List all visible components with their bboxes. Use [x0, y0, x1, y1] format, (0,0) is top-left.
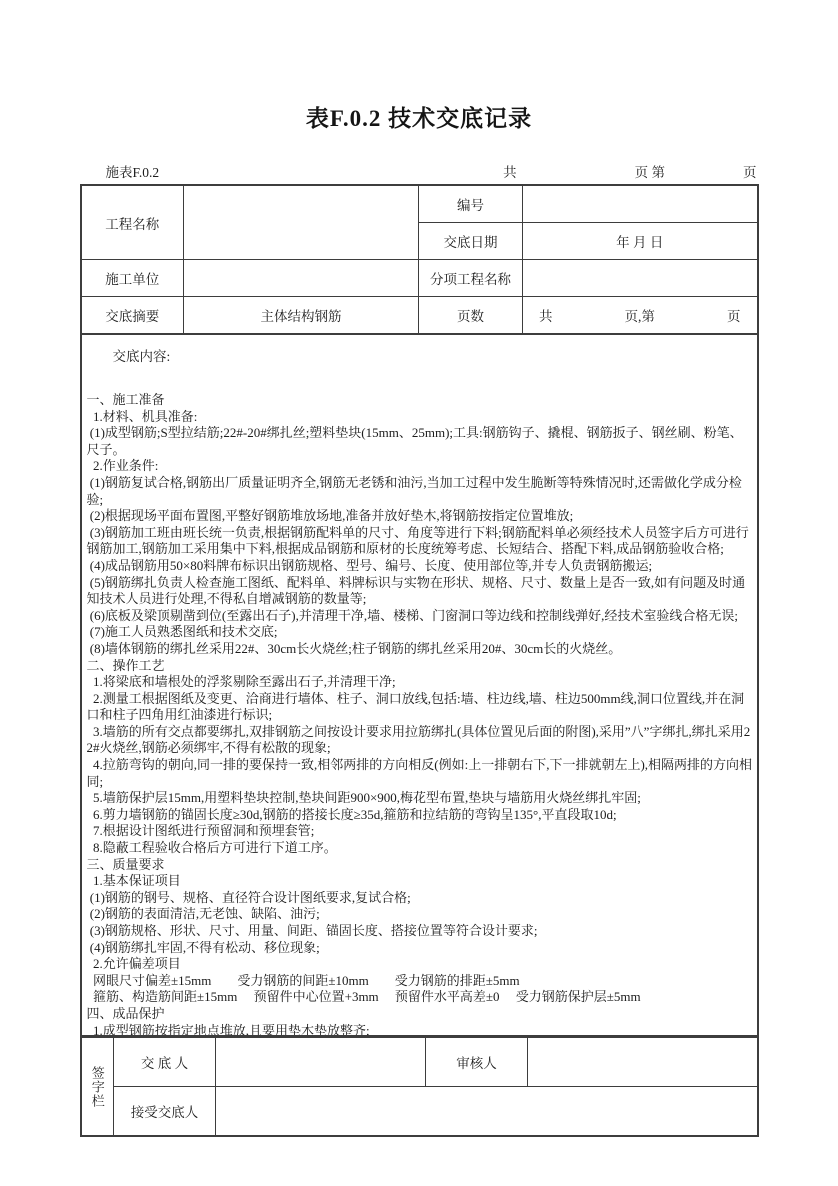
pre-pages-line: 共 页 第 页 [159, 161, 758, 181]
content-line: 8.隐蔽工程验收合格后方可进行下道工序。 [87, 840, 753, 857]
form-code: 施表F.0.2 [80, 161, 160, 181]
signature-bar-cell: 签字栏 [81, 1038, 114, 1137]
content-line: 3.墙筋的所有交点都要绑扎,双排钢筋之间按设计要求用拉筋绑扎(具体位置见后面的附… [87, 724, 753, 757]
number-label: 编号 [419, 185, 523, 223]
receiver-field [216, 1087, 758, 1137]
pages-label: 页数 [419, 297, 523, 335]
receiver-label: 接受交底人 [114, 1087, 216, 1137]
header-info-table: 工程名称 编号 交底日期 年 月 日 施工单位 分项工程名称 交底摘要 主体结构… [80, 184, 759, 335]
signature-bar-label: 签字栏 [91, 1066, 104, 1108]
summary-value: 主体结构钢筋 [184, 297, 419, 335]
content-line: (8)墙体钢筋的绑扎丝采用22#、30cm长火烧丝;柱子钢筋的绑扎丝采用20#、… [87, 641, 753, 658]
pages-value-cell: 共 页,第 页 [523, 297, 758, 335]
content-line: 一、施工准备 [87, 392, 753, 409]
content-line: 1.成型钢筋按指定地点堆放,且要用垫木垫放整齐; [87, 1023, 753, 1037]
table-row: 接受交底人 [81, 1087, 758, 1137]
content-line: (3)钢筋规格、形状、尺寸、用量、间距、锚固长度、搭接位置等符合设计要求; [87, 923, 753, 940]
project-name-label: 工程名称 [81, 185, 184, 260]
content-line: 5.墙筋保护层15mm,用塑料垫块控制,垫块间距900×900,梅花型布置,垫块… [87, 790, 753, 807]
content-line: 1.将梁底和墙根处的浮浆剔除至露出石子,并清理干净; [87, 674, 753, 691]
content-line: (2)根据现场平面布置图,平整好钢筋堆放场地,准备并放好垫木,将钢筋按指定位置堆… [87, 508, 753, 525]
discloser-field [216, 1038, 426, 1087]
reviewer-field [528, 1038, 758, 1087]
date-field: 年 月 日 [523, 223, 758, 260]
content-label: 交底内容: [87, 345, 753, 365]
content-line: (5)钢筋绑扎负责人检查施工图纸、配料单、料牌标识与实物在形状、规格、尺寸、数量… [87, 575, 753, 608]
pages-total-label: 共 [539, 305, 553, 325]
number-field [523, 185, 758, 223]
content-line: 四、成品保护 [87, 1006, 753, 1023]
signature-table: 签字栏 交 底 人 审核人 接受交底人 [80, 1037, 759, 1137]
content-line: (2)钢筋的表面清洁,无老蚀、缺陷、油污; [87, 906, 753, 923]
summary-label: 交底摘要 [81, 297, 184, 335]
content-body: 一、施工准备 1.材料、机具准备: (1)成型钢筋;S型拉结筋;22#-20#绑… [87, 392, 753, 1037]
discloser-label: 交 底 人 [114, 1038, 216, 1087]
table-row: 施工单位 分项工程名称 [81, 260, 758, 297]
content-line: (1)钢筋复试合格,钢筋出厂质量证明齐全,钢筋无老锈和油污,当加工过程中发生脆断… [87, 475, 753, 508]
project-name-field [184, 185, 419, 260]
content-line: (7)施工人员熟悉图纸和技术交底; [87, 624, 753, 641]
content-line: 2.作业条件: [87, 458, 753, 475]
content-line: 2.允许偏差项目 [87, 956, 753, 973]
pages-end-label: 页 [743, 161, 757, 181]
content-line: (3)钢筋加工班由班长统一负责,根据钢筋配料单的尺寸、角度等进行下料;钢筋配料单… [87, 525, 753, 558]
form-code-row: 施表F.0.2 共 页 第 页 [80, 163, 759, 181]
pages-total-label: 共 [503, 161, 517, 181]
table-row: 交底摘要 主体结构钢筋 页数 共 页,第 页 [81, 297, 758, 335]
content-line: (1)钢筋的钢号、规格、直径符合设计图纸要求,复试合格; [87, 890, 753, 907]
disclosure-content-cell: 交底内容: 一、施工准备 1.材料、机具准备: (1)成型钢筋;S型拉结筋;22… [80, 335, 759, 1037]
reviewer-label: 审核人 [426, 1038, 528, 1087]
content-line: 4.拉筋弯钩的朝向,同一排的要保持一致,相邻两排的方向相反(例如:上一排朝右下,… [87, 757, 753, 790]
content-line: 2.测量工根据图纸及变更、洽商进行墙体、柱子、洞口放线,包括:墙、柱边线,墙、柱… [87, 691, 753, 724]
pages-mid-label: 页 第 [635, 161, 665, 181]
date-label: 交底日期 [419, 223, 523, 260]
pages-mid-label: 页,第 [625, 305, 655, 325]
page-title: 表F.0.2 技术交底记录 [80, 100, 759, 133]
content-line: 1.材料、机具准备: [87, 409, 753, 426]
content-line: (4)成品钢筋用50×80料牌布标识出钢筋规格、型号、编号、长度、使用部位等,并… [87, 558, 753, 575]
content-line: 网眼尺寸偏差±15mm 受力钢筋的间距±10mm 受力钢筋的排距±5mm [87, 973, 753, 990]
pages-end-label: 页 [727, 305, 741, 325]
content-line: 箍筋、构造筋间距±15mm 预留件中心位置+3mm 预留件水平高差±0 受力钢筋… [87, 989, 753, 1006]
sub-project-field [523, 260, 758, 297]
unit-label: 施工单位 [81, 260, 184, 297]
content-line: (1)成型钢筋;S型拉结筋;22#-20#绑扎丝;塑料垫块(15mm、25mm)… [87, 425, 753, 458]
content-line: 7.根据设计图纸进行预留洞和预埋套管; [87, 823, 753, 840]
content-line: (6)底板及梁顶剔凿到位(至露出石子),并清理干净,墙、楼梯、门窗洞口等边线和控… [87, 608, 753, 625]
table-row: 签字栏 交 底 人 审核人 [81, 1038, 758, 1087]
sub-project-label: 分项工程名称 [419, 260, 523, 297]
content-line: 二、操作工艺 [87, 658, 753, 675]
content-line: 1.基本保证项目 [87, 873, 753, 890]
table-row: 工程名称 编号 [81, 185, 758, 223]
unit-field [184, 260, 419, 297]
document-sheet: 表F.0.2 技术交底记录 施表F.0.2 共 页 第 页 工程名称 编号 交底… [80, 0, 759, 1137]
content-line: (4)钢筋绑扎牢固,不得有松动、移位现象; [87, 940, 753, 957]
content-line: 三、质量要求 [87, 857, 753, 874]
content-line: 6.剪力墙钢筋的锚固长度≥30d,钢筋的搭接长度≥35d,箍筋和拉结筋的弯钩呈1… [87, 807, 753, 824]
